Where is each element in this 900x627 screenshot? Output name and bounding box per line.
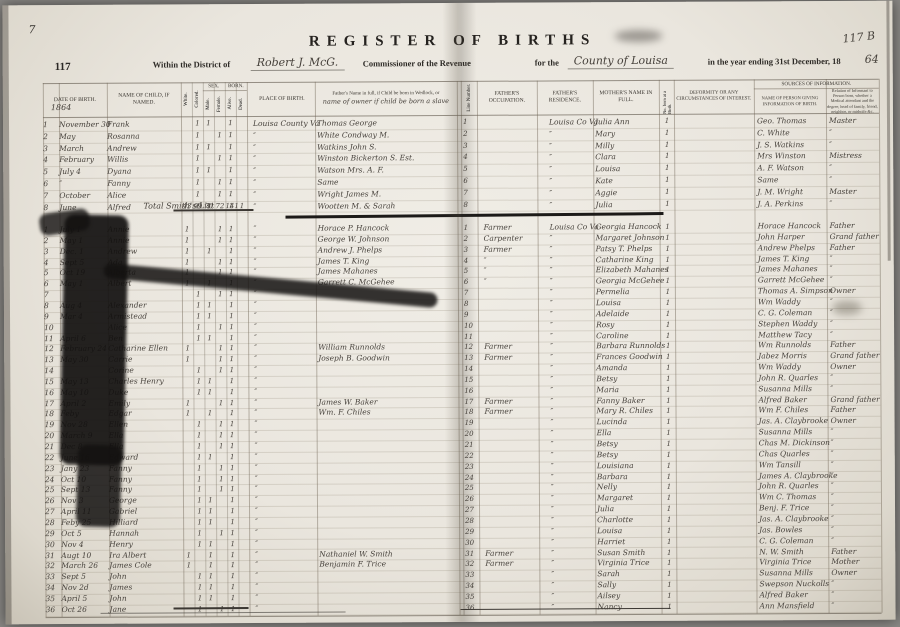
cell-res: ″ (540, 266, 604, 277)
cell-no: 7 (44, 290, 59, 301)
cell-mother: Adelaide (596, 309, 662, 320)
cell-place: ″ (251, 560, 319, 571)
cell-mother: Louisiana (597, 461, 663, 472)
cell-occ: ″ (480, 255, 541, 266)
cell-res: ″ (540, 298, 604, 309)
cell-m: 1 (205, 593, 216, 604)
cell-place: ″ (251, 495, 319, 506)
cell-no: 15 (44, 377, 59, 388)
cell-date: Nov 2d (61, 583, 108, 594)
cell-no: 27 (45, 507, 60, 518)
cell-place: ″ (250, 256, 318, 267)
cell-m: 1 (227, 539, 238, 550)
smudge-right-margin (832, 301, 862, 315)
cell-place: ″ (250, 365, 318, 376)
cell-m: 1 (194, 528, 205, 539)
cell-mother: Susan Smith (597, 547, 663, 558)
cell-no: 33 (45, 572, 60, 583)
cell-m: 1 (183, 550, 194, 561)
cell-rel: ″ (830, 318, 880, 329)
cell-rel: Master (829, 115, 879, 127)
cell-father: Joseph B. Goodwin (318, 353, 462, 365)
cell-nb: 1 (661, 116, 673, 128)
cell-m: 1 (194, 593, 205, 604)
cell-m: 1 (205, 495, 216, 506)
cell-rel: ″ (830, 373, 880, 384)
cell-res: ″ (541, 591, 605, 602)
cell-child: Ira Albert (109, 550, 182, 561)
cell-m: 1 (192, 142, 203, 154)
cell-m: 1 (182, 224, 193, 235)
cell-m: 1 (216, 528, 227, 539)
cell-m: 1 (226, 354, 237, 365)
col-header-colored: Colored. (192, 82, 203, 116)
cell-mother: Ella (597, 428, 663, 439)
cell-m: 1 (183, 561, 194, 572)
cell-m: 1 (205, 409, 216, 420)
cell-m: 1 (225, 154, 236, 166)
cell-occ: Farmer (480, 342, 541, 353)
cell-mother: Catharine King (596, 254, 662, 265)
cell-no: 16 (44, 388, 59, 399)
cell-nb: 1 (663, 536, 675, 547)
cell-m: 1 (193, 322, 204, 333)
cell-m: 1 (182, 257, 193, 268)
cell-res: ″ (540, 385, 604, 396)
cell-res: ″ (539, 128, 603, 140)
cell-rel: ″ (831, 459, 881, 470)
cell-m: 1 (193, 289, 204, 300)
cell-occ: ″ (480, 266, 541, 277)
cell-place: ″ (250, 386, 318, 397)
cell-res: ″ (539, 152, 603, 164)
cell-rel: ″ (830, 329, 880, 340)
cell-place: ″ (251, 441, 319, 452)
col-header-dead: Dead. (236, 91, 247, 116)
page-fold (442, 3, 479, 622)
col-header-relation: Relation of Informant to Person born, wh… (826, 89, 879, 113)
cell-mother: Charlotte (597, 515, 663, 526)
cell-res: ″ (539, 163, 603, 175)
cell-place: ″ (251, 484, 319, 495)
cell-nb: 1 (663, 461, 675, 472)
cell-date: May (59, 131, 106, 143)
cell-res: Louisa Co Va (539, 116, 603, 128)
cell-rel: ″ (829, 138, 879, 150)
cell-mother: Kate (595, 175, 661, 187)
cell-nb: 1 (662, 319, 674, 330)
cell-father (318, 310, 462, 311)
cell-no: 20 (45, 431, 60, 442)
cell-father: Thomas George (317, 117, 461, 130)
cell-child: John (109, 593, 182, 604)
cell-date: Sept 5 (61, 572, 108, 583)
cell-res: ″ (541, 537, 605, 548)
cell-m: 1 (226, 387, 237, 398)
cell-rel: Mother (831, 557, 881, 568)
cell-m: 1 (226, 300, 237, 311)
col-header-informant: NAME OF PERSON GIVING INFORMATION OF BIR… (754, 89, 826, 113)
cell-rel: Owner (830, 286, 880, 297)
cell-no: 35 (45, 594, 60, 605)
cell-mother: Rosy (596, 320, 662, 331)
col-header-white: White. (181, 82, 192, 116)
cell-place: ″ (250, 321, 318, 332)
cell-m: 1 (205, 452, 216, 463)
cell-no: 6 (43, 178, 58, 190)
cell-nb: 1 (663, 439, 675, 450)
cell-nb: 1 (662, 352, 674, 363)
cell-res: ″ (540, 396, 604, 407)
cell-m: 1 (226, 246, 237, 257)
cell-res: ″ (541, 580, 605, 591)
cell-no: 5 (43, 166, 58, 178)
cell-m: 1 (215, 289, 226, 300)
cell-no: 36 (46, 605, 61, 616)
cell-rel: ″ (832, 600, 882, 611)
cell-date: November 30 (59, 119, 106, 131)
cell-nb: 1 (663, 515, 675, 526)
cell-m: 1 (192, 154, 203, 166)
cell-child: John (109, 572, 182, 583)
cell-no: 21 (45, 442, 60, 453)
cell-place: ″ (251, 571, 319, 582)
cell-mother: Julia (597, 504, 663, 515)
cell-rel: Grand father (830, 351, 880, 362)
cell-m: 1 (204, 311, 215, 322)
cell-m: 1 (227, 409, 238, 420)
cell-no: 2 (43, 131, 58, 143)
cell-occ: Farmer (480, 353, 541, 364)
cell-rel: ″ (831, 514, 881, 525)
cell-nb: 1 (662, 330, 674, 341)
cell-no: 22 (45, 453, 60, 464)
cell-father (319, 516, 463, 517)
cell-res: ″ (541, 461, 605, 472)
cell-m: 1 (227, 560, 238, 571)
cell-m: 1 (183, 409, 194, 420)
cell-m: 1 (226, 257, 237, 268)
cell-place: ″ (249, 177, 317, 189)
cell-occ: Farmer (480, 407, 541, 418)
cell-date: March 26 (61, 561, 108, 572)
cell-no: 5 (44, 268, 59, 279)
scanned-register-page: 7 117 117 B REGISTER OF BIRTHS Within th… (0, 0, 900, 627)
cell-father: Benjamin F. Trice (319, 559, 463, 571)
cell-rel: Mistress (829, 150, 879, 162)
cell-father (319, 429, 463, 430)
cell-place: ″ (251, 506, 319, 517)
cell-rel: Father (830, 242, 880, 253)
cell-no: 3 (44, 247, 59, 258)
cell-place: ″ (250, 408, 318, 419)
cell-m: 1 (193, 365, 204, 376)
cell-m: 1 (182, 355, 193, 366)
cell-nb: 1 (663, 450, 675, 461)
cell-rel: Owner (831, 568, 881, 579)
cell-m: 1 (227, 463, 238, 474)
cell-m: 1 (204, 246, 215, 257)
cell-place: ″ (251, 593, 319, 604)
col-header-deformity: DEFORMITY OR ANY CIRCUMSTANCES OF INTERE… (674, 79, 754, 113)
cell-no: 2 (44, 236, 59, 247)
cell-mother: Maria (596, 385, 662, 396)
cell-place: ″ (251, 452, 319, 463)
cell-res: Louisa Co Va (540, 222, 604, 233)
cell-nb: 1 (662, 374, 674, 385)
cell-m: 1 (226, 365, 237, 376)
cell-m: 1 (204, 387, 215, 398)
district-name-handwritten: Robert J. McG. (251, 56, 345, 71)
cell-nb: 1 (662, 254, 674, 265)
cell-mother: Barbara Runnolds (596, 341, 662, 352)
cell-m: 1 (194, 452, 205, 463)
cell-m: 1 (205, 539, 216, 550)
cell-place: ″ (249, 165, 317, 177)
cell-res: ″ (541, 439, 605, 450)
cell-m: 1 (182, 235, 193, 246)
cell-no: 17 (44, 399, 59, 410)
cell-mother: Ailsey (597, 591, 663, 602)
cell-father: Horace P. Hancock (318, 223, 462, 235)
cell-father (319, 472, 463, 473)
cell-mother: Betsy (597, 439, 663, 450)
cell-m: 1 (194, 571, 205, 582)
cell-rel: Father (830, 221, 880, 232)
cell-nb: 1 (662, 222, 674, 233)
cell-nb: 1 (662, 395, 674, 406)
cell-m: 1 (193, 376, 204, 387)
cell-father (319, 581, 463, 582)
cell-res: ″ (539, 140, 603, 152)
cell-mother: Barbara (597, 471, 663, 482)
cell-no: 32 (45, 561, 60, 572)
cell-mother: Milly (595, 139, 661, 151)
cell-m: 1 (205, 582, 216, 593)
cell-m: 1 (182, 398, 193, 409)
cell-mother: Louisa (597, 526, 663, 537)
cell-m: 1 (194, 485, 205, 496)
cell-nb: 1 (663, 428, 675, 439)
cell-m: 1 (194, 420, 205, 431)
cell-m: 1 (204, 300, 215, 311)
cell-rel: ″ (830, 264, 880, 275)
cell-rel: Father (830, 340, 880, 351)
cell-mother: Louisa (595, 163, 661, 175)
cell-rel: Owner (831, 416, 881, 427)
cell-father: George W. Johnson (318, 234, 462, 246)
cell-m: 1 (203, 165, 214, 177)
cell-father (319, 494, 463, 495)
cell-m: 1 (227, 419, 238, 430)
cell-m: 1 (215, 365, 226, 376)
cell-res: ″ (540, 374, 604, 385)
cell-child: Hannah (109, 528, 182, 539)
cell-date: October (59, 190, 106, 202)
cell-place: ″ (251, 538, 319, 549)
cell-res: ″ (541, 569, 605, 580)
cell-no: 9 (44, 312, 59, 323)
cell-rel: ″ (830, 253, 880, 264)
cell-occ: Farmer (480, 244, 541, 255)
cell-father (319, 592, 463, 593)
cell-nb: 1 (661, 139, 673, 151)
father-header-handwritten-note: name of owner if child be born a slave (323, 97, 449, 106)
cell-father: Watson Mrs. A. F. (317, 164, 461, 177)
cell-date: July 4 (59, 166, 106, 178)
cell-date: Oct 5 (61, 529, 108, 540)
cell-res: ″ (540, 287, 604, 298)
cell-res: ″ (540, 309, 604, 320)
cell-father: Wm. F. Chiles (318, 407, 462, 419)
cell-m: 1 (226, 311, 237, 322)
cell-no: 14 (44, 366, 59, 377)
cell-res: ″ (541, 472, 605, 483)
cell-place: ″ (251, 419, 319, 430)
cell-place: ″ (251, 517, 319, 528)
col-header-residence: FATHER'S RESIDENCE. (537, 80, 593, 114)
cell-m: 1 (182, 344, 193, 355)
year-handwritten: 64 (865, 53, 879, 66)
cell-m: 1 (194, 441, 205, 452)
col-header-mother: MOTHER'S NAME IN FULL. (593, 80, 659, 114)
cell-m: 1 (203, 142, 214, 154)
cell-res: ″ (540, 331, 604, 342)
cell-nb: 1 (662, 298, 674, 309)
cell-nb: 1 (663, 504, 675, 515)
cell-nb: 1 (663, 558, 675, 569)
cell-father: William Runnolds (318, 342, 462, 354)
cell-place: ″ (250, 332, 318, 343)
cell-mother: Permelia (596, 287, 662, 298)
cell-mother: Sarah (597, 569, 663, 580)
cell-no: 10 (44, 323, 59, 334)
cell-date: Oct 26 (62, 605, 109, 616)
cell-date: Nov 4 (61, 539, 108, 550)
within-district-label: Within the District of (153, 59, 231, 69)
cell-res: ″ (541, 504, 605, 515)
cell-nb: 1 (661, 175, 673, 187)
cell-res: ″ (540, 233, 604, 244)
cell-father: James Mahanes (318, 266, 462, 278)
cell-father: James T. King (318, 255, 462, 267)
cell-m: 1 (215, 257, 226, 268)
cell-father (319, 505, 463, 506)
col-header-female: Female. (214, 91, 225, 116)
cell-father: Winston Bickerton S. Est. (317, 152, 461, 165)
cell-m: 1 (227, 484, 238, 495)
cell-no: 25 (45, 485, 60, 496)
cell-nb: 1 (663, 493, 675, 504)
cell-father (318, 321, 462, 322)
cell-m: 1 (216, 441, 227, 452)
cell-father: James W. Baker (318, 397, 462, 409)
col-header-father: Father's Name in full, if Child be born … (317, 81, 455, 116)
cell-no: 11 (44, 334, 59, 345)
cell-father (319, 451, 463, 452)
cell-res: ″ (541, 450, 605, 461)
cell-m: 1 (205, 571, 216, 582)
cell-nb: 1 (661, 151, 673, 163)
cell-res: ″ (540, 244, 604, 255)
cell-res: ″ (540, 342, 604, 353)
cell-m: 1 (192, 118, 203, 130)
cell-place: ″ (249, 129, 317, 141)
cell-mother: Margaret Johnson (596, 233, 662, 244)
cell-no: 23 (45, 464, 60, 475)
cell-res: ″ (540, 276, 604, 287)
cell-no: 31 (45, 551, 60, 562)
cell-mother: Mary (595, 128, 661, 140)
cell-rel: ″ (831, 525, 881, 536)
cell-m: 1 (194, 463, 205, 474)
cell-m: 1 (205, 561, 216, 572)
cell-place: ″ (251, 527, 319, 538)
cell-place: ″ (251, 462, 319, 473)
cell-m: 1 (227, 506, 238, 517)
col-header-child-name: NAME OF CHILD, IF NAMED. (107, 82, 181, 116)
cell-m: 1 (182, 246, 193, 257)
cell-child: Dyana (107, 166, 180, 178)
cell-m: 1 (215, 322, 226, 333)
cell-res: ″ (541, 559, 605, 570)
cell-child: Rosanna (107, 130, 180, 142)
cell-child: Hilliard (109, 517, 182, 528)
cell-rel: Father (830, 405, 880, 416)
cell-m: 1 (205, 517, 216, 528)
cell-m: 1 (193, 300, 204, 311)
cell-mother: Amanda (596, 363, 662, 374)
cell-rel: ″ (831, 535, 881, 546)
cell-m: 1 (225, 165, 236, 177)
cell-mother: Lucinda (597, 417, 663, 428)
cell-m: 1 (227, 550, 238, 561)
cell-nb: 1 (662, 341, 674, 352)
cell-m: 1 (194, 539, 205, 550)
cell-place: ″ (251, 549, 319, 560)
cell-child: Fanny (107, 177, 180, 189)
cell-mother: Betsy (596, 374, 662, 385)
cell-rel: ″ (831, 427, 881, 438)
cell-father: Nathaniel W. Smith (319, 548, 463, 560)
cell-res: ″ (540, 255, 604, 266)
cell-nb: 1 (663, 547, 675, 558)
cell-no: 8 (44, 301, 59, 312)
cell-nb: 1 (663, 417, 675, 428)
cell-m: 1 (226, 235, 237, 246)
cell-place: ″ (250, 354, 318, 365)
cell-mother: Georgia Hancock (596, 222, 662, 233)
cell-father (319, 527, 463, 528)
cell-rel: ″ (831, 492, 881, 503)
cell-no: 6 (44, 279, 59, 290)
cell-no: 1 (43, 119, 58, 131)
cell-res: ″ (540, 363, 604, 374)
cell-m: 1 (226, 289, 237, 300)
cell-rel: Grand father (830, 232, 880, 243)
cell-father (320, 603, 464, 604)
cell-rel: ″ (830, 383, 880, 394)
cell-place: ″ (251, 473, 319, 484)
cell-m: 1 (194, 506, 205, 517)
cell-rel: ″ (831, 481, 881, 492)
cell-place: ″ (250, 343, 318, 354)
cell-m: 1 (216, 430, 227, 441)
cell-m: 1 (215, 354, 226, 365)
cell-m: 1 (226, 224, 237, 235)
cell-child: Andrew (107, 142, 180, 154)
cell-m: 1 (214, 154, 225, 166)
